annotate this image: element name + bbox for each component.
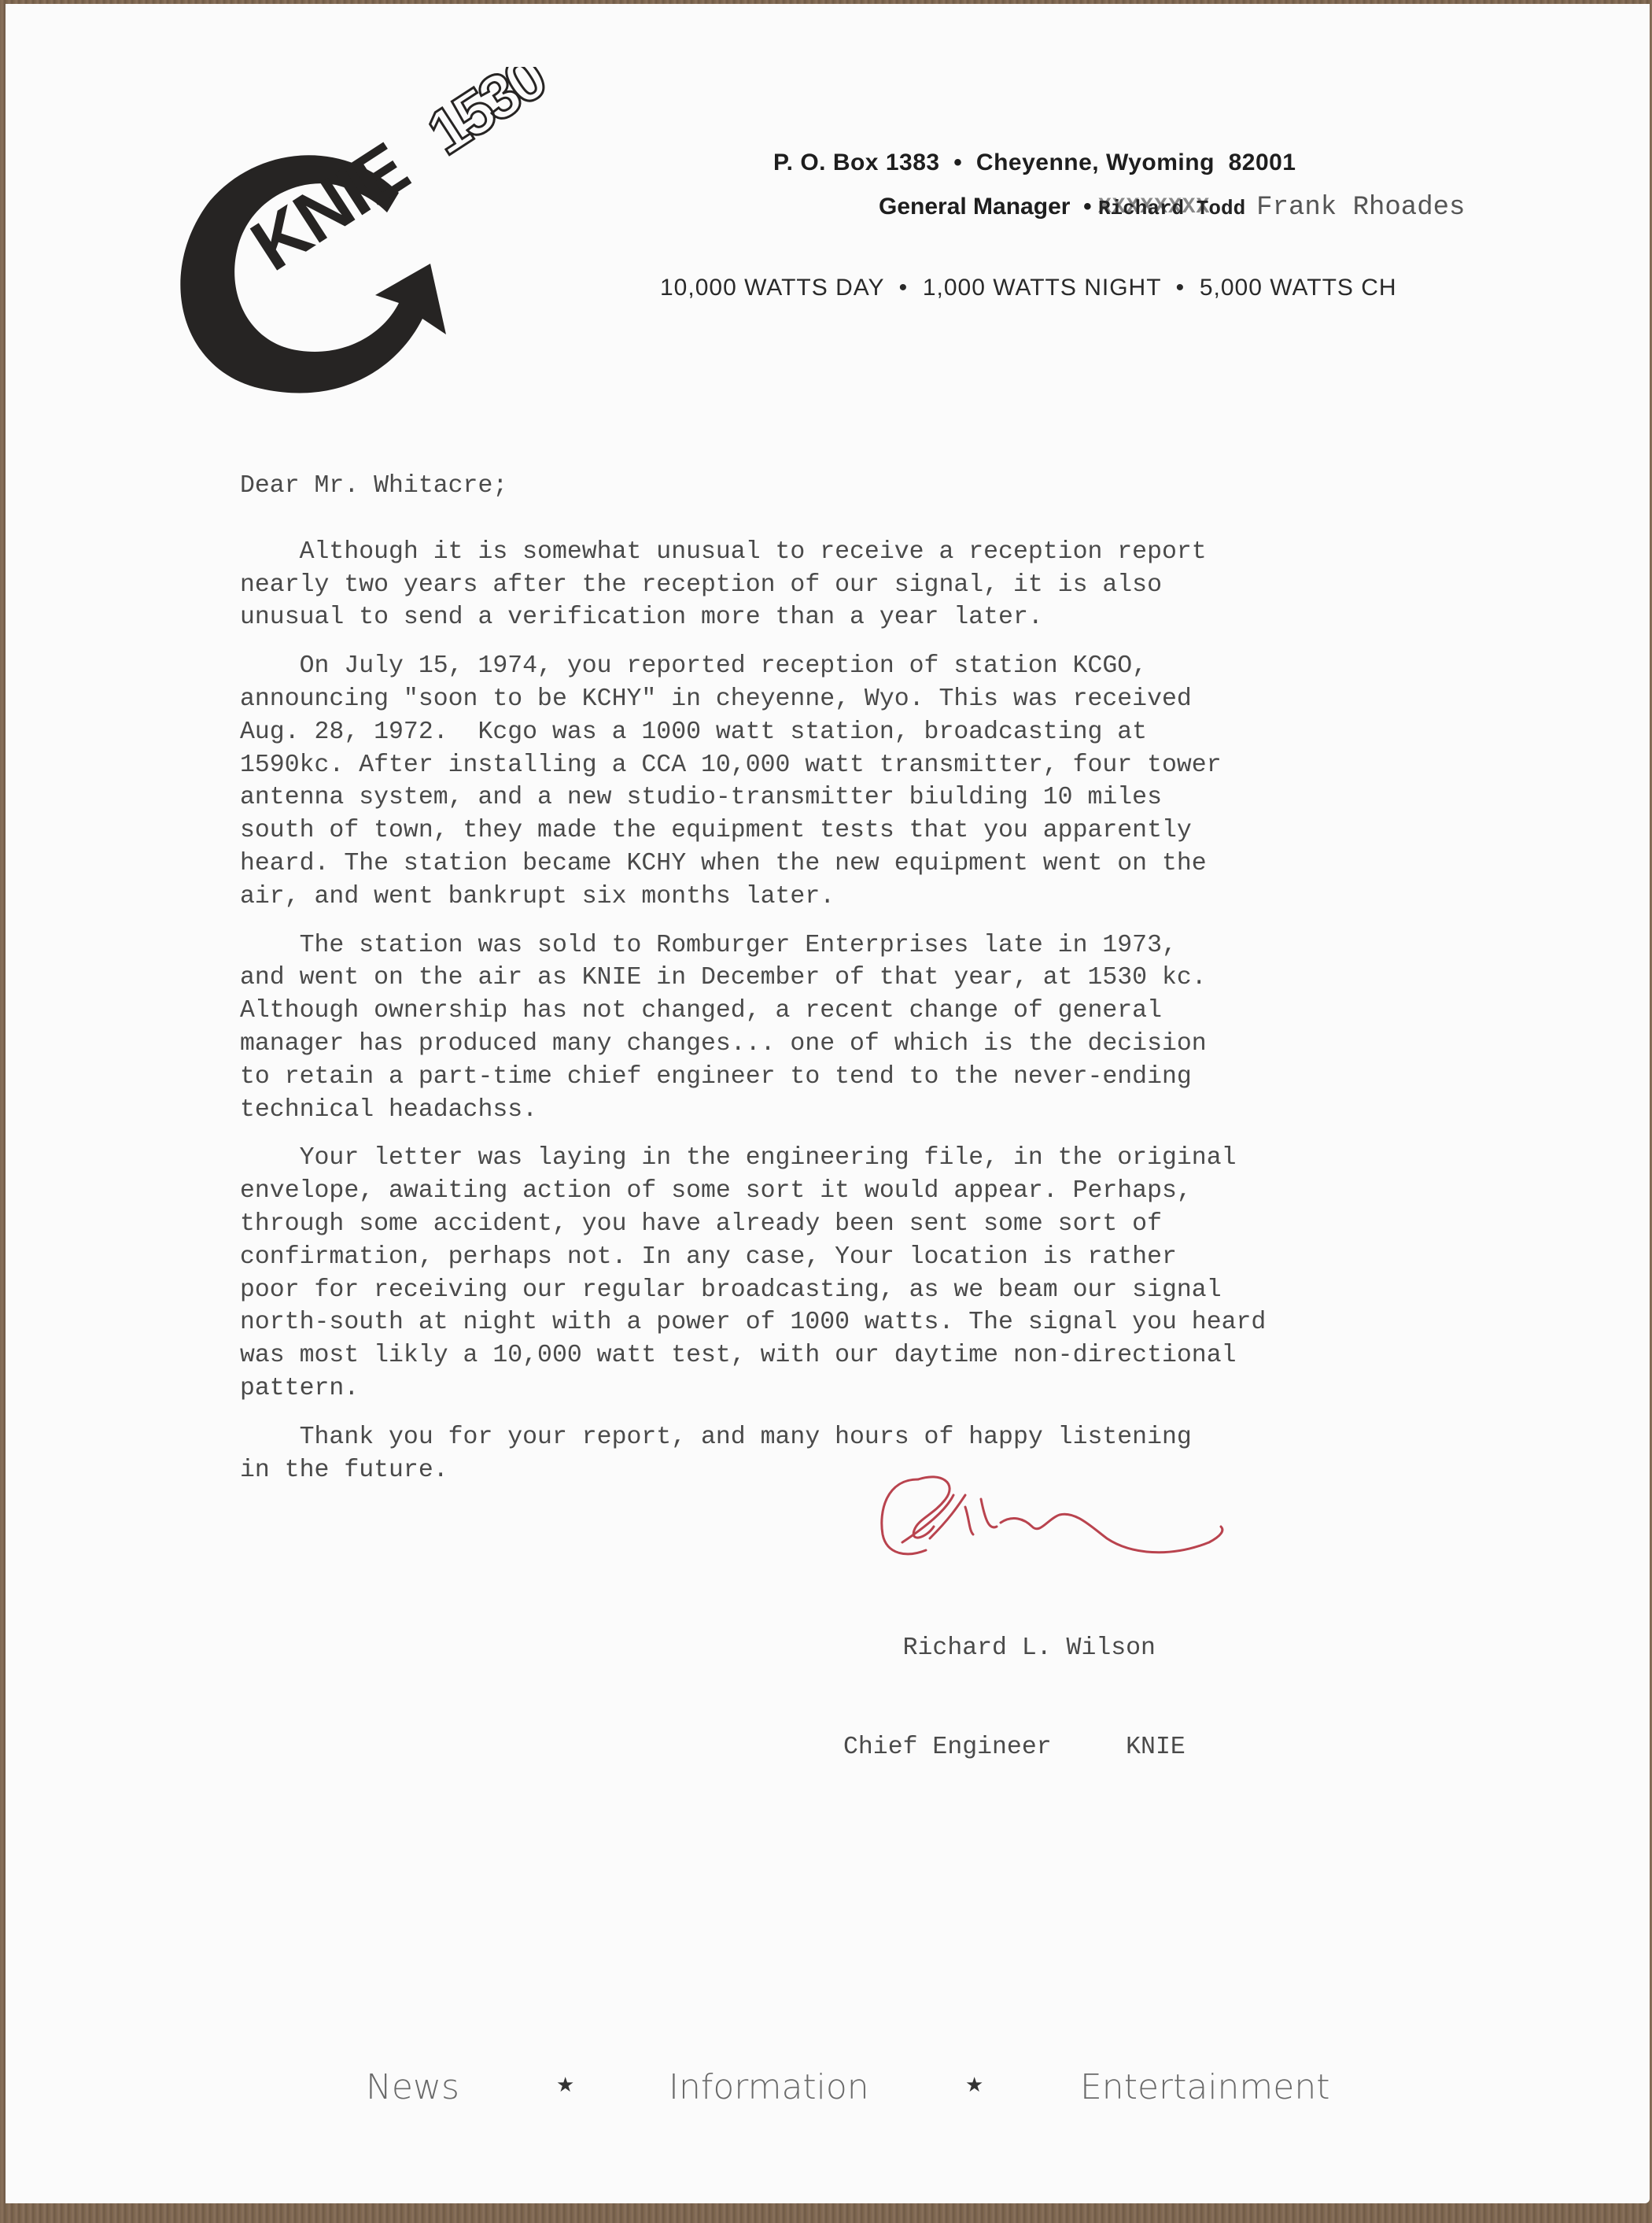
footer-news: News [366,2067,459,2107]
letter-paragraph: The station was sold to Romburger Enterp… [240,929,1381,1127]
power-line: 10,000 WATTS DAY • 1,000 WATTS NIGHT • 5… [660,275,1397,301]
gm-struck-name: Richard Todd [1098,197,1245,220]
signature-block: Richard L. Wilson Chief Engineer KNIE [843,1566,1186,1830]
star-icon: ★ [556,2073,574,2097]
signature-icon [871,1464,1264,1566]
footer-entertainment: Entertainment [1080,2067,1330,2107]
general-manager-line: General Manager • Richard ToddFrank Rhoa… [879,193,1465,223]
logo-frequency: 1530 [415,67,558,168]
logo-call-letters: KNIE [238,128,421,286]
letter-paragraph: Although it is somewhat unusual to recei… [240,536,1381,634]
letter-paragraphs: Although it is somewhat unusual to recei… [240,536,1381,1487]
salutation: Dear Mr. Whitacre; [240,470,1381,503]
address-line: P. O. Box 1383 • Cheyenne, Wyoming 82001 [773,150,1296,176]
star-icon: ★ [965,2073,983,2097]
knie-logo: KNIE 1530 [163,67,651,397]
letter-paragraph: Your letter was laying in the engineerin… [240,1142,1381,1405]
letter-body: Dear Mr. Whitacre; Although it is somewh… [240,470,1381,1502]
letter-paragraph: On July 15, 1974, you reported reception… [240,650,1381,913]
footer-information: Information [669,2067,869,2107]
gm-typed-name: Frank Rhoades [1256,193,1465,223]
letter-page: KNIE 1530 P. O. Box 1383 • Cheyenne, Wyo… [6,4,1650,2203]
signer-title: Chief Engineer KNIE [843,1731,1186,1764]
signer-name: Richard L. Wilson [843,1632,1186,1665]
gm-label: General Manager • [879,194,1098,220]
